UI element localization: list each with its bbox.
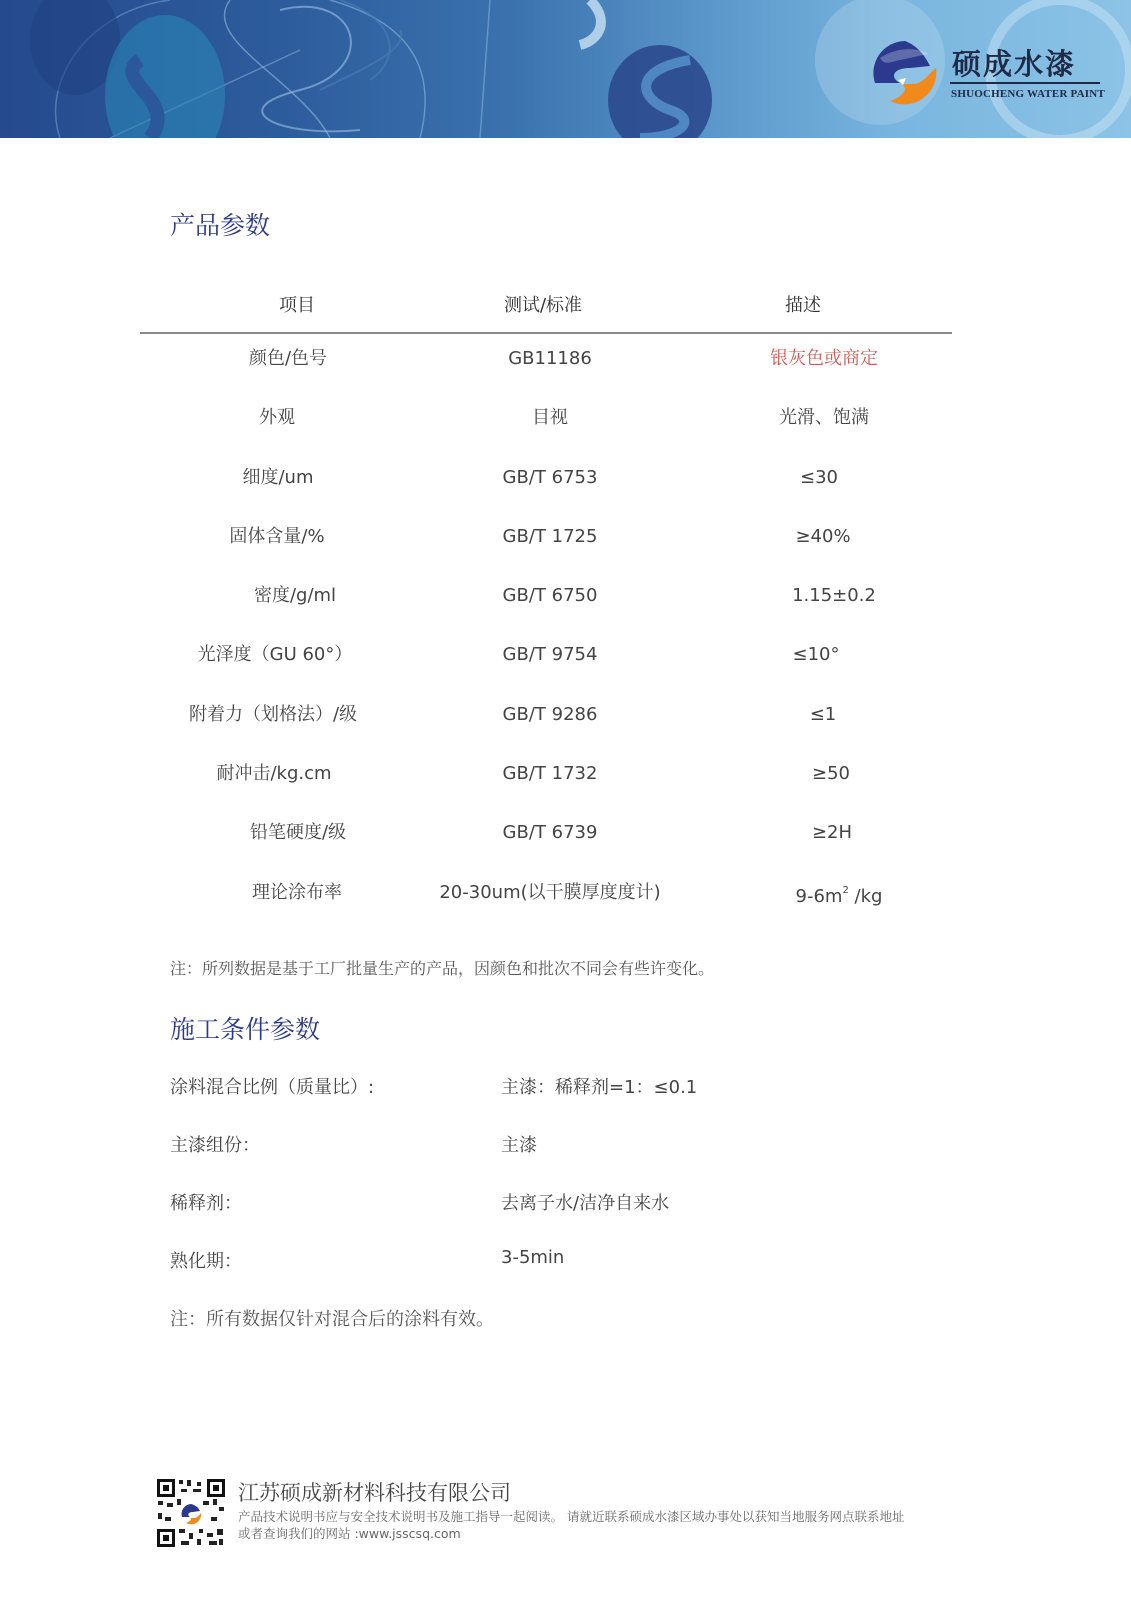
cell-item: 外观 xyxy=(259,407,295,429)
header-banner: 硕成水漆 SHUOCHENG WATER PAINT xyxy=(0,0,1131,138)
cell-standard: GB/T 1725 xyxy=(503,526,598,548)
table-row: 理论涂布率 20-30um(以干膜厚度度计) 9-6m2 /kg xyxy=(140,882,952,941)
logo-mark-icon xyxy=(870,38,940,108)
cell-description: ≤30 xyxy=(800,467,838,489)
brand-name-cn: 硕成水漆 xyxy=(952,42,1076,83)
table-row: 铅笔硬度/级 GB/T 6739 ≥2H xyxy=(140,822,952,881)
qr-code-icon xyxy=(155,1477,227,1549)
cell-description: 9-6m2 /kg xyxy=(796,882,883,908)
table-row: 颜色/色号 GB11186 银灰色或商定 xyxy=(140,348,952,407)
column-header-standard: 测试/标准 xyxy=(504,291,582,317)
cell-description: ≤10° xyxy=(793,644,840,666)
company-name: 江苏硕成新材料科技有限公司 xyxy=(238,1477,511,1507)
condition-row-mix-ratio: 涂料混合比例（质量比）: 主漆：稀释剂=1：≤0.1 xyxy=(170,1073,870,1097)
cell-description: 银灰色或商定 xyxy=(770,348,878,370)
table-header: 项目 测试/标准 描述 xyxy=(140,280,952,332)
cell-standard: 目视 xyxy=(532,407,568,429)
cell-item: 颜色/色号 xyxy=(249,348,327,370)
cell-standard: GB/T 6750 xyxy=(503,585,598,607)
condition-row-main-component: 主漆组份： 主漆 xyxy=(170,1131,870,1155)
header-divider xyxy=(140,332,952,334)
table-row: 光泽度（GU 60°） GB/T 9754 ≤10° xyxy=(140,644,952,703)
coverage-value: 9-6m xyxy=(796,886,843,907)
cell-item: 固体含量/% xyxy=(229,526,324,548)
cell-item: 理论涂布率 xyxy=(252,882,342,904)
cell-description: 光滑、饱满 xyxy=(779,407,869,429)
condition-label: 稀释剂： xyxy=(170,1189,242,1215)
cell-standard: GB/T 9754 xyxy=(503,644,598,666)
column-header-item: 项目 xyxy=(279,291,315,317)
condition-label: 熟化期： xyxy=(170,1247,242,1273)
cell-item: 光泽度（GU 60°） xyxy=(198,644,353,666)
section-title-product-params: 产品参数 xyxy=(170,206,270,242)
cell-description: ≥40% xyxy=(795,526,850,548)
cell-standard: GB/T 6739 xyxy=(503,822,598,844)
condition-value: 去离子水/洁净自来水 xyxy=(501,1189,669,1215)
section-title-construction-params: 施工条件参数 xyxy=(170,1010,320,1046)
product-params-note: 注：所列数据是基于工厂批量生产的产品，因颜色和批次不同会有些许变化。 xyxy=(170,956,714,979)
condition-value: 3-5min xyxy=(501,1247,564,1268)
table-row: 固体含量/% GB/T 1725 ≥40% xyxy=(140,526,952,585)
brand-logo: 硕成水漆 SHUOCHENG WATER PAINT xyxy=(870,38,1100,110)
table-row: 附着力（划格法）/级 GB/T 9286 ≤1 xyxy=(140,704,952,763)
cell-item: 密度/g/ml xyxy=(254,585,336,607)
table-row: 细度/um GB/T 6753 ≤30 xyxy=(140,467,952,526)
cell-description: ≥2H xyxy=(812,822,852,844)
table-row: 密度/g/ml GB/T 6750 1.15±0.2 xyxy=(140,585,952,644)
cell-standard: GB/T 1732 xyxy=(503,763,598,785)
condition-row-thinner: 稀释剂： 去离子水/洁净自来水 xyxy=(170,1189,870,1213)
brand-divider xyxy=(950,82,1100,84)
cell-standard: GB11186 xyxy=(508,348,592,370)
table-row: 耐冲击/kg.cm GB/T 1732 ≥50 xyxy=(140,763,952,822)
coverage-unit: /kg xyxy=(849,886,883,907)
brand-name-en: SHUOCHENG WATER PAINT xyxy=(951,88,1105,100)
table-row: 外观 目视 光滑、饱满 xyxy=(140,407,952,466)
cell-item: 附着力（划格法）/级 xyxy=(189,704,357,726)
cell-standard: GB/T 6753 xyxy=(503,467,598,489)
coverage-exponent: 2 xyxy=(842,885,848,896)
cell-item: 铅笔硬度/级 xyxy=(250,822,346,844)
table-body: 颜色/色号 GB11186 银灰色或商定 外观 目视 光滑、饱满 细度/um G… xyxy=(140,348,952,941)
cell-description: ≤1 xyxy=(810,704,837,726)
condition-value: 主漆 xyxy=(501,1131,537,1157)
product-params-table: 项目 测试/标准 描述 颜色/色号 GB11186 银灰色或商定 外观 目视 光… xyxy=(140,280,952,332)
condition-label: 涂料混合比例（质量比）: xyxy=(170,1073,374,1099)
construction-params-note: 注：所有数据仅针对混合后的涂料有效。 xyxy=(170,1305,494,1331)
cell-standard: 20-30um(以干膜厚度度计) xyxy=(439,882,660,904)
cell-description: 1.15±0.2 xyxy=(792,585,876,607)
column-header-description: 描述 xyxy=(785,291,821,317)
condition-value: 主漆：稀释剂=1：≤0.1 xyxy=(501,1073,697,1099)
condition-row-induction-time: 熟化期： 3-5min xyxy=(170,1247,870,1271)
footer-disclaimer: 产品技术说明书应与安全技术说明书及施工指导一起阅读。 请就近联系硕成水漆区域办事… xyxy=(238,1507,904,1525)
cell-standard: GB/T 9286 xyxy=(503,704,598,726)
footer-website: 或者查询我们的网站 :www.jsscsq.com xyxy=(238,1524,461,1542)
condition-label: 主漆组份： xyxy=(170,1131,260,1157)
cell-item: 细度/um xyxy=(242,467,313,489)
cell-description: ≥50 xyxy=(812,763,850,785)
cell-item: 耐冲击/kg.cm xyxy=(216,763,331,785)
